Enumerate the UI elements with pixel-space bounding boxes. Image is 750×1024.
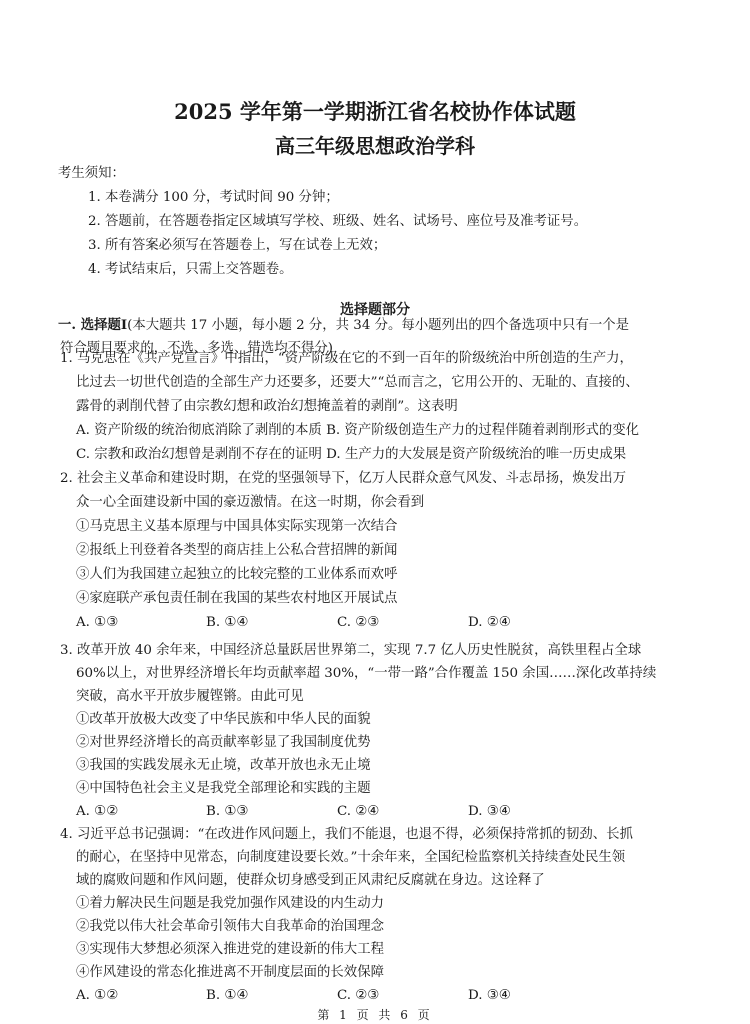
question-text: 比过去一切世代创造的全部生产力还要多，还要大”“总而言之，它用公开的、无耻的、直… xyxy=(76,374,639,392)
question-text: 的耐心，在坚持中见常态，向制度建设要长效。”十余年来，全国纪检监察机关持续查处民… xyxy=(76,849,625,867)
page-indicator: 第 1 页 共 6 页 xyxy=(0,1006,750,1023)
question-text: 60%以上，对世界经济增长年均贡献率超 30%，“一带一路”合作覆盖 150 余… xyxy=(76,665,656,683)
statement: ④作风建设的常态化推进离不开制度层面的长效保障 xyxy=(76,964,384,982)
choice-c: C. ②④ xyxy=(337,803,379,821)
section-heading: 一. 选择题Ⅰ(本大题共 17 小题，每小题 2 分，共 34 分。每小题列出的… xyxy=(58,316,629,335)
statement: ③我国的实践发展永无止境，改革开放也永无止境 xyxy=(76,757,371,775)
choice-b: B. ①④ xyxy=(206,614,248,632)
exam-subtitle: 高三年级思想政治学科 xyxy=(0,130,750,159)
statement: ②我党以伟大社会革命引领伟大自我革命的治国理念 xyxy=(76,918,384,936)
statement: ②对世界经济增长的高贡献率彰显了我国制度优势 xyxy=(76,734,371,752)
option-row: A. 资产阶级的统治彻底消除了剥削的本质 B. 资产阶级创造生产力的过程伴随着剥… xyxy=(76,422,639,440)
statement: ①改革开放极大改变了中华民族和中华人民的面貌 xyxy=(76,711,371,729)
statement: ④中国特色社会主义是我党全部理论和实践的主题 xyxy=(76,780,371,798)
choice-a: A. ①③ xyxy=(76,614,118,632)
statement: ①马克思主义基本原理与中国具体实际实现第一次结合 xyxy=(76,518,397,536)
statement: ③人们为我国建立起独立的比较完整的工业体系而欢呼 xyxy=(76,566,397,584)
question-text: 域的腐败问题和作风问题，使群众切身感受到正风肃纪反腐就在身边。这诠释了 xyxy=(76,872,545,890)
choice-c: C. ②③ xyxy=(337,987,379,1005)
choice-b: B. ①③ xyxy=(206,803,248,821)
section-heading-label: 一. 选择题Ⅰ xyxy=(58,317,127,333)
question-text: 突破，高水平开放步履铿锵。由此可见 xyxy=(76,688,304,706)
question-text: 众一心全面建设新中国的豪迈激情。在这一时期，你会看到 xyxy=(76,494,424,512)
statement: ④家庭联产承包责任制在我国的某些农村地区开展试点 xyxy=(76,590,397,608)
section-heading-text: (本大题共 17 小题，每小题 2 分，共 34 分。每小题列出的四个备选项中只… xyxy=(127,318,629,333)
statement: ②报纸上刊登着各类型的商店挂上公私合营招牌的新闻 xyxy=(76,542,397,560)
choice-d: D. ②④ xyxy=(468,614,511,632)
choice-d: D. ③④ xyxy=(468,803,511,821)
notice-item: 2. 答题前，在答题卷指定区域填写学校、班级、姓名、试场号、座位号及准考证号。 xyxy=(88,213,587,231)
statement: ③实现伟大梦想必须深入推进党的建设新的伟大工程 xyxy=(76,941,384,959)
notice-label: 考生须知： xyxy=(58,165,125,183)
exam-title: 2025 学年第一学期浙江省名校协作体试题 xyxy=(0,96,750,126)
choice-c: C. ②③ xyxy=(337,614,379,632)
choice-b: B. ①④ xyxy=(206,987,248,1005)
notice-item: 1. 本卷满分 100 分，考试时间 90 分钟； xyxy=(88,189,339,207)
choice-a: A. ①② xyxy=(76,803,118,821)
question-text: 露骨的剥削代替了由宗教幻想和政治幻想掩盖着的剥削”。这表明 xyxy=(76,398,458,416)
question-text: 3. 改革开放 40 余年来，中国经济总量跃居世界第二，实现 7.7 亿人历史性… xyxy=(60,642,641,660)
question-text: 1. 马克思在《共产党宣言》中指出，“资产阶级在它的不到一百年的阶级统治中所创造… xyxy=(60,350,633,368)
notice-item: 3. 所有答案必须写在答题卷上，写在试卷上无效； xyxy=(88,237,386,255)
option-row: C. 宗教和政治幻想曾是剥削不存在的证明 D. 生产力的大发展是资产阶级统治的唯… xyxy=(76,446,626,464)
notice-item: 4. 考试结束后，只需上交答题卷。 xyxy=(88,261,293,279)
question-text: 4. 习近平总书记强调：“在改进作风问题上，我们不能退，也退不得，必须保持常抓的… xyxy=(60,826,633,844)
choice-a: A. ①② xyxy=(76,987,118,1005)
choice-d: D. ③④ xyxy=(468,987,511,1005)
question-text: 2. 社会主义革命和建设时期，在党的坚强领导下，亿万人民群众意气风发、斗志昂扬，… xyxy=(60,470,626,488)
statement: ①着力解决民生问题是我党加强作风建设的内生动力 xyxy=(76,895,384,913)
